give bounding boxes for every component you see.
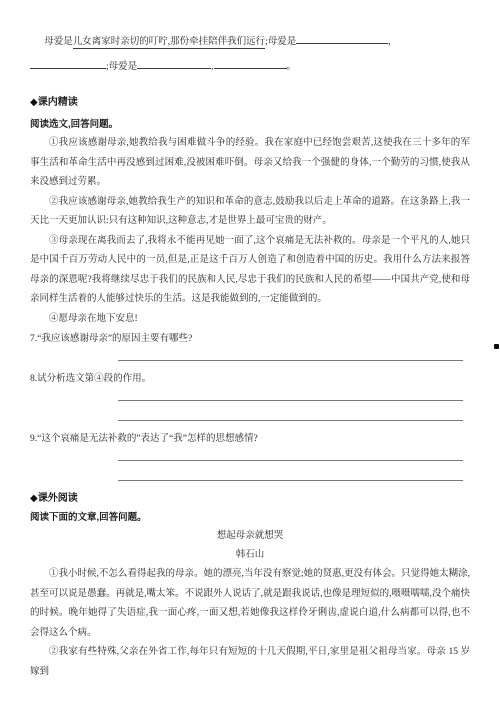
inclass-paragraph-2: ②我应该感谢母亲,她教给我生产的知识和革命的意志,鼓励我以后走上革命的道路。在这… xyxy=(30,193,470,232)
section-heading-outside-reading: ◆课外阅读 xyxy=(30,489,470,508)
inclass-paragraph-3: ③母亲现在离我而去了,我将永不能再见她一面了,这个哀痛是无法补救的。母亲是一个平… xyxy=(30,232,470,310)
question-8: 8.试分析选文第④段的作用。 xyxy=(30,369,470,389)
intro-connector2-text: ;母爱是 xyxy=(106,62,137,72)
intro-connector-text: ;母爱是 xyxy=(265,37,296,47)
question-7: 7.“我应该感谢母亲”的原因主要有哪些? xyxy=(30,329,470,349)
worksheet-page: 母爱是儿女离家时亲切的叮咛,那份牵挂陪伴我们远行;母爱是, ;母爱是,。 ◆课内… xyxy=(0,0,500,707)
answer-line xyxy=(118,449,463,461)
answer-line xyxy=(118,349,463,361)
outside-instruction: 阅读下面的文章,回答问题。 xyxy=(30,508,470,527)
intro-comma: , xyxy=(388,37,390,47)
inclass-paragraph-4: ④愿母亲在地下安息! xyxy=(30,310,470,330)
intro-lead-text: 母爱是 xyxy=(44,37,73,47)
answer-line xyxy=(118,469,463,481)
question-9: 9.“这个哀痛是无法补救的”表达了“我”怎样的思想感情? xyxy=(30,429,470,449)
inclass-instruction: 阅读选文,回答问题。 xyxy=(30,115,470,134)
essay-paragraph-2: ②我家有些特殊,父亲在外省工作,每年只有短短的十几天假期,平日,家里是祖父祖母当… xyxy=(30,643,470,682)
fill-blank-sentence-line1: 母爱是儿女离家时亲切的叮咛,那份牵挂陪伴我们远行;母爱是, xyxy=(30,30,470,55)
section-heading-inclass-reading: ◆课内精读 xyxy=(30,93,470,113)
essay-author: 韩石山 xyxy=(30,546,470,565)
blank-line xyxy=(296,34,388,44)
essay-title: 想起母亲就想哭 xyxy=(30,527,470,546)
inclass-paragraph-1: ①我应该感谢母亲,她教给我与困难做斗争的经验。我在家庭中已经饱尝艰苦,这使我在三… xyxy=(30,134,470,193)
answer-line xyxy=(118,389,463,401)
blank-line xyxy=(137,59,211,69)
blank-line xyxy=(30,59,106,69)
intro-underlined-phrase: 儿女离家时亲切的叮咛,那份牵挂陪伴我们远行 xyxy=(73,37,265,49)
intro-period: 。 xyxy=(287,62,297,72)
blank-line xyxy=(214,59,287,69)
essay-paragraph-1: ①我小时候,不怎么看得起我的母亲。她的漂亮,当年没有察觉;她的贤惠,更没有体会。… xyxy=(30,565,470,643)
fill-blank-sentence-line2: ;母爱是,。 xyxy=(30,55,470,80)
scan-artifact-dot xyxy=(494,344,499,349)
answer-line xyxy=(118,409,463,421)
